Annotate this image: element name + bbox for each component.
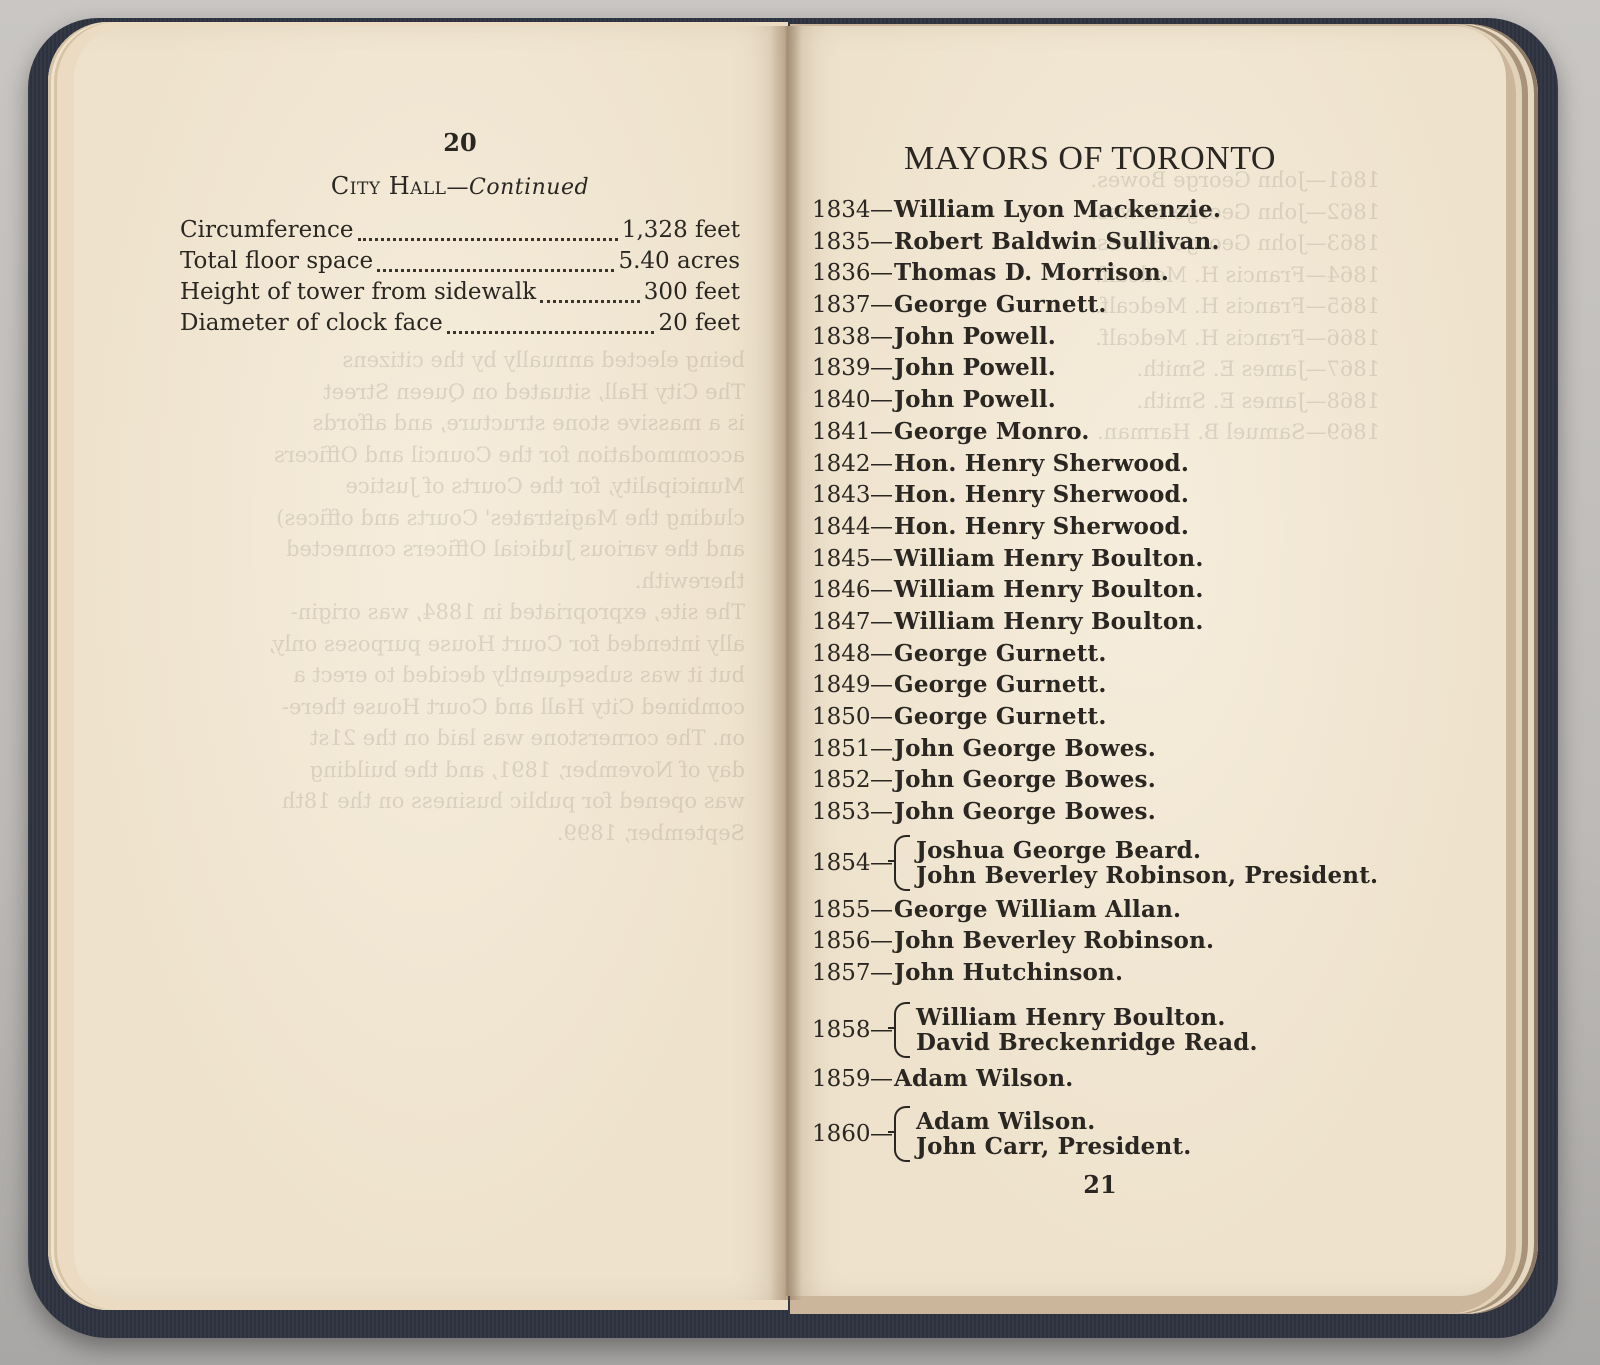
year: 1851 — [812, 736, 870, 762]
stat-row: Circumference 1,328 feet — [180, 217, 740, 248]
list-item: 1850—George Gurnett. — [812, 703, 1412, 735]
year: 1850 — [812, 704, 870, 730]
list-item: 1848—George Gurnett. — [812, 640, 1412, 672]
year: 1848 — [812, 641, 870, 667]
stat-value: 5.40 acres — [618, 248, 740, 274]
stat-value: 1,328 feet — [622, 217, 740, 243]
stat-label: Diameter of clock face — [180, 310, 443, 336]
mayor-name: George Gurnett. — [894, 671, 1107, 698]
book-gutter — [770, 26, 802, 1300]
year: 1859 — [812, 1066, 870, 1092]
brace-icon — [894, 835, 910, 891]
stat-label: Circumference — [180, 217, 354, 243]
dash: — — [870, 229, 894, 255]
leader-dots — [447, 331, 655, 334]
mayor-name: William Henry Boulton. — [916, 1005, 1258, 1030]
year: 1842 — [812, 451, 870, 477]
list-item: 1846—William Henry Boulton. — [812, 576, 1412, 608]
list-item: 1845—William Henry Boulton. — [812, 545, 1412, 577]
mayor-name: Joshua George Beard. — [916, 838, 1378, 863]
mayor-name: Thomas D. Morrison. — [894, 259, 1169, 286]
list-item: 1852—John George Bowes. — [812, 766, 1412, 798]
section-title-main: City Hall — [331, 172, 447, 200]
mayor-names: William Henry Boulton. David Breckenridg… — [916, 1005, 1258, 1055]
year: 1854 — [812, 850, 870, 876]
list-item: 1849—George Gurnett. — [812, 671, 1412, 703]
section-title-continued: —Continued — [446, 175, 589, 200]
mayor-name: Hon. Henry Sherwood. — [894, 481, 1189, 508]
dash: — — [870, 546, 894, 572]
mayor-name: John George Bowes. — [894, 798, 1156, 825]
dash: — — [870, 1121, 894, 1147]
mayor-name: Hon. Henry Sherwood. — [894, 513, 1189, 540]
year: 1835 — [812, 229, 870, 255]
year: 1837 — [812, 292, 870, 318]
brace-icon — [894, 1002, 910, 1058]
list-item: 1841—George Monro. — [812, 418, 1412, 450]
dash: — — [870, 928, 894, 954]
mayor-name: John George Bowes. — [894, 766, 1156, 793]
list-item: 1840—John Powell. — [812, 386, 1412, 418]
list-item: 1837—George Gurnett. — [812, 291, 1412, 323]
year: 1852 — [812, 767, 870, 793]
year: 1853 — [812, 799, 870, 825]
dash: — — [870, 197, 894, 223]
year: 1849 — [812, 672, 870, 698]
stat-label: Total floor space — [180, 248, 373, 274]
year: 1839 — [812, 355, 870, 381]
dash: — — [870, 355, 894, 381]
list-item: 1856—John Beverley Robinson. — [812, 927, 1412, 959]
mayor-name: Adam Wilson. — [916, 1109, 1191, 1134]
list-item: 1844—Hon. Henry Sherwood. — [812, 513, 1412, 545]
list-item: 1853—John George Bowes. — [812, 798, 1412, 830]
mayor-name: John Powell. — [894, 354, 1056, 381]
stat-row: Height of tower from sidewalk 300 feet — [180, 279, 740, 310]
stat-row: Diameter of clock face 20 feet — [180, 310, 740, 341]
mayor-name: William Henry Boulton. — [894, 545, 1204, 572]
leader-dots — [358, 238, 618, 241]
year: 1844 — [812, 514, 870, 540]
list-item: 1857—John Hutchinson. — [812, 959, 1412, 991]
dash: — — [870, 514, 894, 540]
mayor-name: David Breckenridge Read. — [916, 1030, 1258, 1055]
dash: — — [870, 387, 894, 413]
list-item: 1859—Adam Wilson. — [812, 1065, 1412, 1097]
mayor-name: George Gurnett. — [894, 703, 1107, 730]
stat-value: 300 feet — [644, 279, 740, 305]
mayor-names: Joshua George Beard. John Beverley Robin… — [916, 838, 1378, 888]
dash: — — [870, 704, 894, 730]
year: 1834 — [812, 197, 870, 223]
year: 1857 — [812, 960, 870, 986]
brace-icon — [894, 1106, 910, 1162]
page-number-right: 21 — [1060, 1170, 1140, 1199]
dash: — — [870, 641, 894, 667]
stat-value: 20 feet — [658, 310, 740, 336]
year: 1840 — [812, 387, 870, 413]
mayor-name: George Gurnett. — [894, 640, 1107, 667]
year: 1847 — [812, 609, 870, 635]
mayor-name: Robert Baldwin Sullivan. — [894, 228, 1220, 255]
city-hall-stats: Circumference 1,328 feet Total floor spa… — [180, 217, 740, 341]
year: 1836 — [812, 260, 870, 286]
dash: — — [870, 292, 894, 318]
dash: — — [870, 897, 894, 923]
list-item: 1851—John George Bowes. — [812, 735, 1412, 767]
mayor-name: John Hutchinson. — [894, 959, 1123, 986]
year: 1845 — [812, 546, 870, 572]
year: 1838 — [812, 324, 870, 350]
list-item: 1843—Hon. Henry Sherwood. — [812, 481, 1412, 513]
mayor-name: Hon. Henry Sherwood. — [894, 450, 1189, 477]
leader-dots — [540, 300, 640, 303]
mayor-name: William Henry Boulton. — [894, 576, 1204, 603]
leader-dots — [377, 269, 614, 272]
list-item-multi: 1854— Joshua George Beard. John Beverley… — [812, 832, 1412, 894]
dash: — — [870, 672, 894, 698]
mayor-names: Adam Wilson. John Carr, President. — [916, 1109, 1191, 1159]
stat-label: Height of tower from sidewalk — [180, 279, 536, 305]
dash: — — [870, 1066, 894, 1092]
list-item-multi: 1860— Adam Wilson. John Carr, President. — [812, 1103, 1412, 1165]
dash: — — [870, 799, 894, 825]
year: 1855 — [812, 897, 870, 923]
list-item: 1839—John Powell. — [812, 354, 1412, 386]
year: 1841 — [812, 419, 870, 445]
year: 1843 — [812, 482, 870, 508]
list-item: 1855—George William Allan. — [812, 896, 1412, 928]
mayor-name: Adam Wilson. — [894, 1065, 1074, 1092]
mayor-name: George Monro. — [894, 418, 1090, 445]
mayor-name: William Henry Boulton. — [894, 608, 1204, 635]
dash: — — [870, 960, 894, 986]
mayor-name: John Powell. — [894, 323, 1056, 350]
mayors-list: 1834—William Lyon Mackenzie. 1835—Robert… — [812, 196, 1412, 1167]
mayor-name: John Powell. — [894, 386, 1056, 413]
section-title: City Hall—Continued — [180, 172, 740, 200]
list-item-multi: 1858— William Henry Boulton. David Breck… — [812, 997, 1412, 1063]
dash: — — [870, 451, 894, 477]
year: 1856 — [812, 928, 870, 954]
list-item: 1836—Thomas D. Morrison. — [812, 259, 1412, 291]
dash: — — [870, 1017, 894, 1043]
year: 1860 — [812, 1121, 870, 1147]
dash: — — [870, 736, 894, 762]
dash: — — [870, 260, 894, 286]
dash: — — [870, 482, 894, 508]
list-item: 1835—Robert Baldwin Sullivan. — [812, 228, 1412, 260]
year: 1846 — [812, 577, 870, 603]
list-item: 1847—William Henry Boulton. — [812, 608, 1412, 640]
mayor-name: William Lyon Mackenzie. — [894, 196, 1221, 223]
dash: — — [870, 609, 894, 635]
dash: — — [870, 767, 894, 793]
mayor-name: John Beverley Robinson. — [894, 927, 1214, 954]
list-item: 1838—John Powell. — [812, 323, 1412, 355]
dash: — — [870, 419, 894, 445]
mayor-name: John Beverley Robinson, President. — [916, 863, 1378, 888]
mayor-name: George William Allan. — [894, 896, 1181, 923]
mayor-name: George Gurnett. — [894, 291, 1107, 318]
list-item: 1834—William Lyon Mackenzie. — [812, 196, 1412, 228]
page-title: MAYORS OF TORONTO — [850, 140, 1330, 178]
mayor-name: John George Bowes. — [894, 735, 1156, 762]
year: 1858 — [812, 1017, 870, 1043]
dash: — — [870, 577, 894, 603]
page-number-left: 20 — [420, 128, 500, 157]
mayor-name: John Carr, President. — [916, 1134, 1191, 1159]
stat-row: Total floor space 5.40 acres — [180, 248, 740, 279]
list-item: 1842—Hon. Henry Sherwood. — [812, 450, 1412, 482]
dash: — — [870, 850, 894, 876]
dash: — — [870, 324, 894, 350]
